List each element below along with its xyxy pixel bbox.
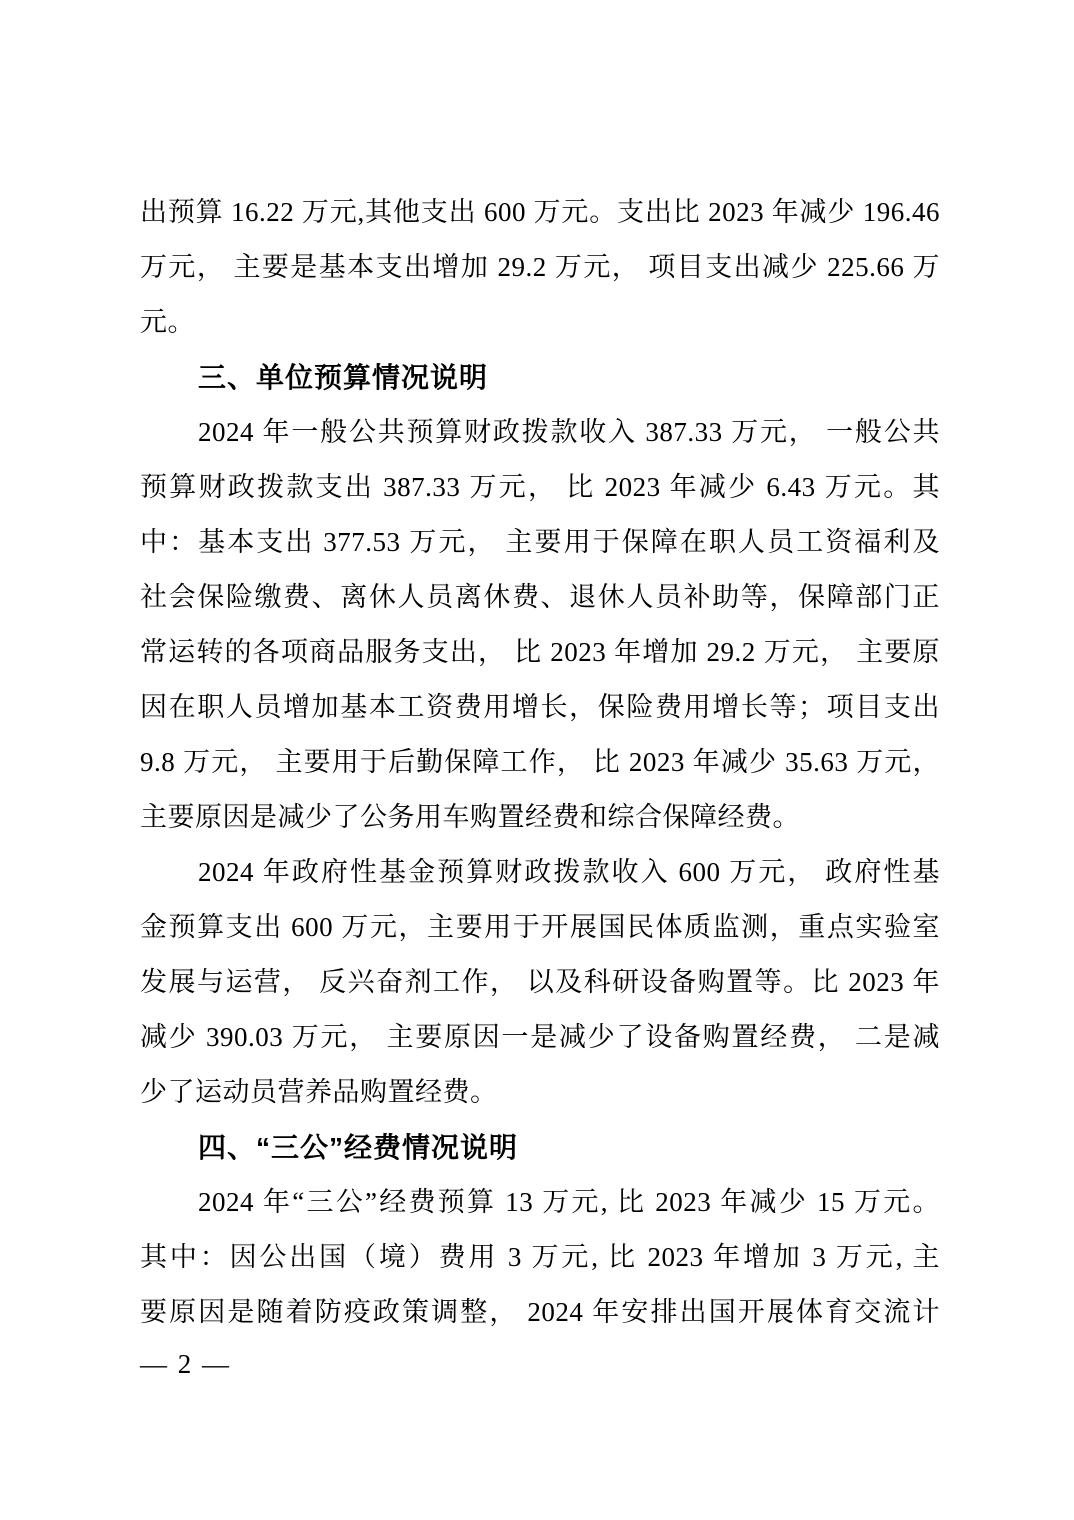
text-line: 2024 年“三公”经费预算 13 万元, 比 2023 年减少 15 万元。 (140, 1175, 940, 1230)
document-body: 出预算 16.22 万元,其他支出 600 万元。支出比 2023 年减少 19… (140, 185, 940, 1340)
text-line: 发展与运营， 反兴奋剂工作， 以及科研设备购置等。比 2023 年 (140, 955, 940, 1010)
document-page: { "page": { "number_label": "— 2 —" }, "… (0, 0, 1074, 1520)
text-line: 少了运动员营养品购置经费。 (140, 1065, 940, 1120)
text-line: 中：基本支出 377.53 万元， 主要用于保障在职人员工资福利及 (140, 515, 940, 570)
text-line: 9.8 万元， 主要用于后勤保障工作， 比 2023 年减少 35.63 万元， (140, 735, 940, 790)
text-line: 因在职人员增加基本工资费用增长，保险费用增长等；项目支出 (140, 680, 940, 735)
text-line: 其中：因公出国（境）费用 3 万元, 比 2023 年增加 3 万元, 主 (140, 1230, 940, 1285)
text-line: 社会保险缴费、离休人员离休费、退休人员补助等，保障部门正 (140, 570, 940, 625)
text-line: 万元， 主要是基本支出增加 29.2 万元， 项目支出减少 225.66 万 (140, 240, 940, 295)
text-line: 2024 年一般公共预算财政拨款收入 387.33 万元， 一般公共 (140, 405, 940, 460)
text-line: 金预算支出 600 万元，主要用于开展国民体质监测，重点实验室 (140, 900, 940, 955)
text-line: 主要原因是减少了公务用车购置经费和综合保障经费。 (140, 790, 940, 845)
text-line: 减少 390.03 万元， 主要原因一是减少了设备购置经费， 二是减 (140, 1010, 940, 1065)
page-number: — 2 — (140, 1349, 231, 1379)
text-line: 要原因是随着防疫政策调整， 2024 年安排出国开展体育交流计 (140, 1285, 940, 1340)
text-line: 出预算 16.22 万元,其他支出 600 万元。支出比 2023 年减少 19… (140, 185, 940, 240)
text-line: 2024 年政府性基金预算财政拨款收入 600 万元， 政府性基 (140, 845, 940, 900)
text-line: 常运转的各项商品服务支出， 比 2023 年增加 29.2 万元， 主要原 (140, 625, 940, 680)
text-line: 预算财政拨款支出 387.33 万元， 比 2023 年减少 6.43 万元。其 (140, 460, 940, 515)
text-line: 元。 (140, 295, 940, 350)
section-heading: 三、单位预算情况说明 (140, 350, 940, 405)
section-heading: 四、“三公”经费情况说明 (140, 1120, 940, 1175)
